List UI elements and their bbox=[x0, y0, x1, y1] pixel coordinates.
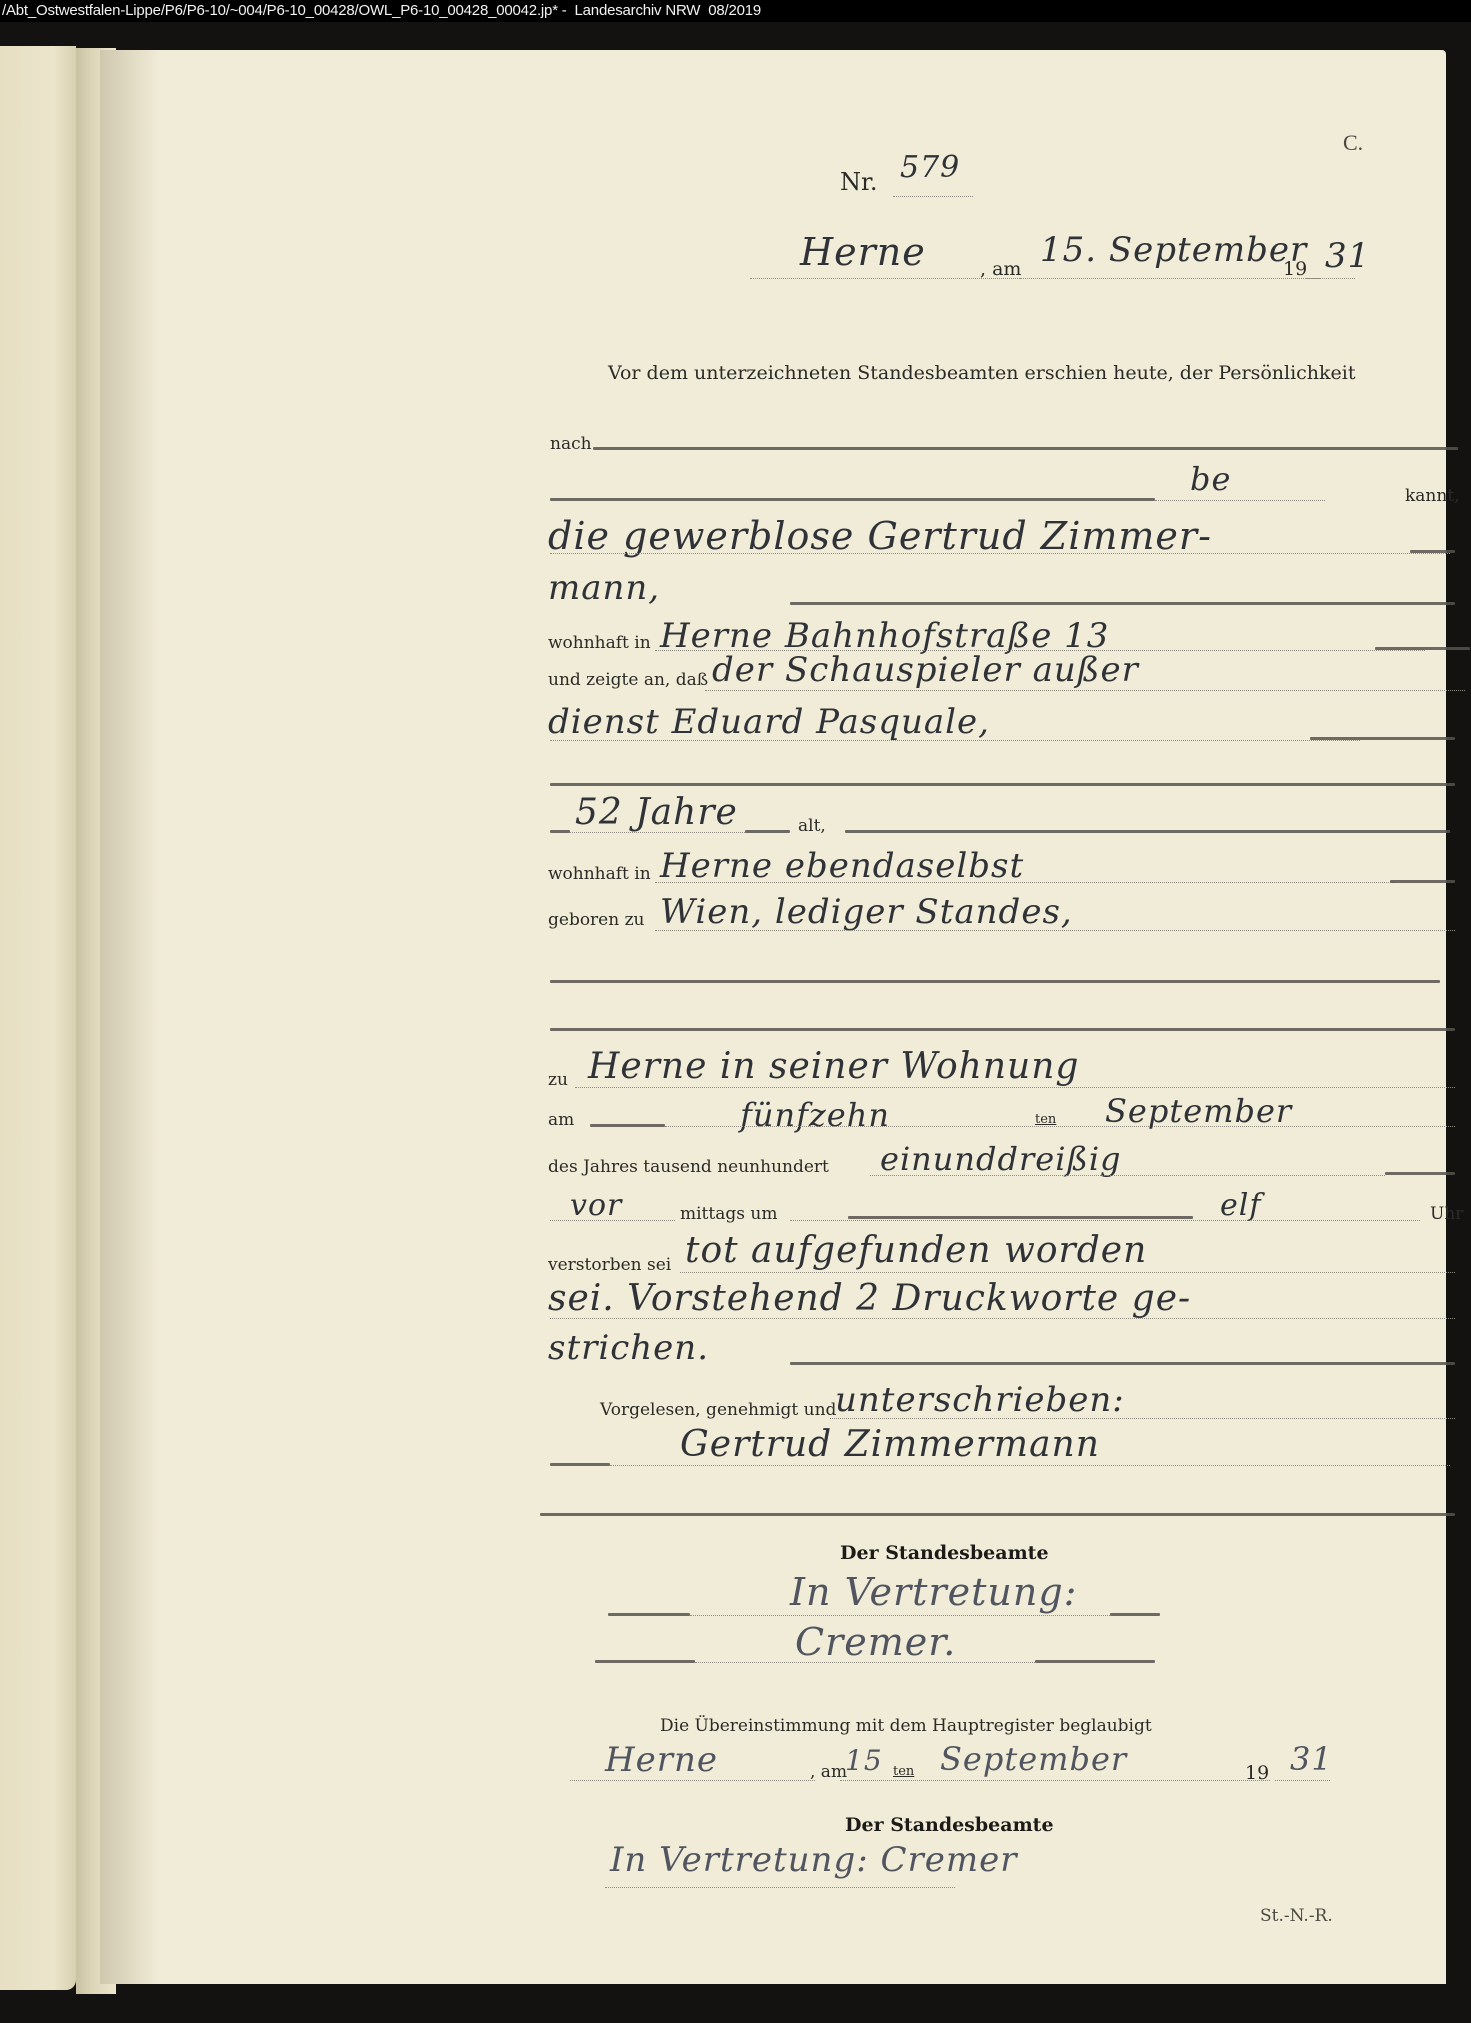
registrar-sig-line1: In Vertretung: bbox=[790, 1570, 1077, 1614]
reported-label: und zeigte an, daß bbox=[548, 670, 708, 690]
window-title: /Abt_Ostwestfalen-Lippe/P6/P6-10/~004/P6… bbox=[0, 0, 1471, 22]
intro-text: Vor dem unterzeichneten Standesbeamten e… bbox=[608, 362, 1356, 384]
bekannt-handwritten: be bbox=[1190, 460, 1231, 498]
year-text-label: des Jahres tausend neunhundert bbox=[548, 1157, 829, 1177]
ten-label: ten bbox=[1035, 1112, 1056, 1127]
died-line2: sei. Vorstehend 2 Druckworte ge- bbox=[548, 1278, 1191, 1319]
date-value: 15. September bbox=[1040, 230, 1307, 270]
reported-line1: der Schauspieler außer bbox=[712, 650, 1139, 690]
cert-month: September bbox=[940, 1740, 1127, 1778]
residence-label: wohnhaft in bbox=[548, 633, 651, 653]
informant-line2: mann, bbox=[548, 568, 660, 608]
zu-label: zu bbox=[548, 1070, 568, 1090]
registrar-title: Der Standesbeamte bbox=[840, 1542, 1049, 1564]
certification-text: Die Übereinstimmung mit dem Hauptregiste… bbox=[660, 1716, 1152, 1736]
year-prefix: 19 bbox=[1283, 258, 1307, 280]
cert-ten-label: ten bbox=[893, 1764, 914, 1779]
read-label: Vorgelesen, genehmigt und bbox=[600, 1400, 836, 1420]
month-value: September bbox=[1105, 1092, 1292, 1130]
cert-am-label: , am bbox=[810, 1762, 847, 1782]
informant-line1: die gewerblose Gertrud Zimmer- bbox=[548, 514, 1212, 558]
place-value: Herne bbox=[800, 230, 926, 274]
vor-value: vor bbox=[570, 1188, 622, 1223]
year-text-value: einunddreißig bbox=[880, 1140, 1122, 1178]
am-label: am bbox=[548, 1110, 574, 1130]
date-am-label: , am bbox=[980, 258, 1021, 280]
number-label: Nr. bbox=[840, 168, 877, 196]
cert-year-suffix: 31 bbox=[1290, 1740, 1333, 1778]
reported-line2: dienst Eduard Pasquale, bbox=[548, 702, 990, 742]
cert-place: Herne bbox=[605, 1740, 718, 1780]
year-suffix: 31 bbox=[1325, 236, 1370, 276]
am-value: fünfzehn bbox=[740, 1096, 890, 1134]
deceased-residence-label: wohnhaft in bbox=[548, 864, 651, 884]
cert-registrar-title: Der Standesbeamte bbox=[845, 1814, 1054, 1836]
left-page-edge bbox=[0, 46, 76, 1990]
age-value: 52 Jahre bbox=[575, 792, 738, 833]
cert-year-prefix: 19 bbox=[1245, 1762, 1269, 1784]
register-page: C. Nr. 579 Herne , am 15. September 19 3… bbox=[100, 50, 1446, 1984]
corner-mark: C. bbox=[1343, 130, 1363, 156]
informant-signature: Gertrud Zimmermann bbox=[680, 1424, 1100, 1465]
bekannt-label: kannt, bbox=[1405, 486, 1460, 506]
deceased-residence-value: Herne ebendaselbst bbox=[660, 846, 1024, 886]
read-value: unterschrieben: bbox=[835, 1380, 1125, 1420]
died-line3: strichen. bbox=[548, 1328, 709, 1368]
registrar-sig-line2: Cremer. bbox=[795, 1620, 956, 1664]
number-value: 579 bbox=[900, 150, 960, 185]
uhr-label: Uhr bbox=[1430, 1204, 1463, 1224]
died-line1: tot aufgefunden worden bbox=[685, 1230, 1147, 1271]
spine-shadow bbox=[100, 50, 160, 1984]
form-code: St.-N.-R. bbox=[1260, 1906, 1333, 1926]
born-label: geboren zu bbox=[548, 910, 645, 930]
age-label: alt, bbox=[798, 816, 826, 836]
died-label: verstorben sei bbox=[548, 1255, 671, 1275]
cert-signature: In Vertretung: Cremer bbox=[610, 1840, 1017, 1880]
mittags-label: mittags um bbox=[680, 1204, 777, 1224]
cert-day: 15 bbox=[845, 1744, 883, 1777]
born-value: Wien, lediger Standes, bbox=[660, 892, 1073, 932]
zu-value: Herne in seiner Wohnung bbox=[588, 1046, 1079, 1087]
nach-label: nach bbox=[550, 434, 592, 454]
hour-value: elf bbox=[1220, 1188, 1261, 1223]
